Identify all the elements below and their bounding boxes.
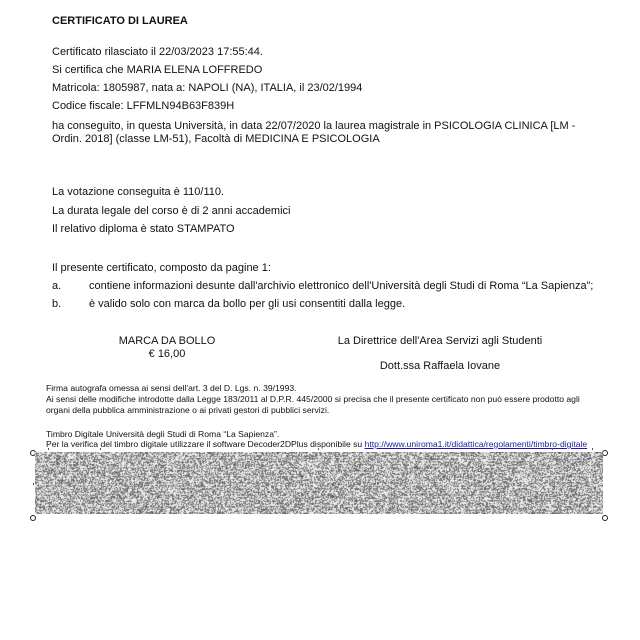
corner-marker-bottom-right <box>602 515 608 521</box>
stamp-label: MARCA DA BOLLO <box>100 335 234 348</box>
law-notice: Ai sensi delle modifiche introdotte dall… <box>46 394 606 415</box>
signature-omitted-note: Firma autografa omessa ai sensi dell'art… <box>46 383 297 394</box>
pages-intro: Il presente certificato, composto da pag… <box>52 262 271 275</box>
grade: La votazione conseguita è 110/110. <box>52 186 224 199</box>
tick-mark <box>592 448 593 450</box>
issued-date: Certificato rilasciato il 22/03/2023 17:… <box>52 46 263 59</box>
student-matricola: Matricola: 1805987, nata a: NAPOLI (NA),… <box>52 82 362 95</box>
document-title: CERTIFICATO DI LAUREA <box>52 15 188 27</box>
verify-link[interactable]: http://www.uniroma1.it/didattica/regolam… <box>365 439 588 449</box>
tick-mark <box>100 448 101 450</box>
signatory-role: La Direttrice dell'Area Servizi agli Stu… <box>320 335 560 348</box>
tick-mark <box>318 448 319 450</box>
stamp-amount: € 16,00 <box>100 348 234 361</box>
list-item-a: contiene informazioni desunte dall'archi… <box>89 280 593 293</box>
corner-marker-bottom-left <box>30 515 36 521</box>
tick-mark <box>33 483 34 485</box>
degree-statement: ha conseguito, in questa Università, in … <box>52 120 602 146</box>
signatory-name: Dott.ssa Raffaela Iovane <box>320 360 560 373</box>
list-item-b: è valido solo con marca da bollo per gli… <box>89 298 405 311</box>
tick-mark <box>552 448 553 450</box>
digital-stamp-barcode <box>35 452 603 514</box>
student-name: Si certifica che MARIA ELENA LOFFREDO <box>52 64 262 77</box>
codice-fiscale: Codice fiscale: LFFMLN94B63F839H <box>52 100 234 113</box>
tick-mark <box>48 448 49 450</box>
digital-stamp-note: Timbro Digitale Università degli Studi d… <box>46 429 279 440</box>
list-marker-b: b. <box>52 298 61 311</box>
list-marker-a: a. <box>52 280 61 293</box>
verify-note: Per la verifica del timbro digitale util… <box>46 439 587 450</box>
course-duration: La durata legale del corso è di 2 anni a… <box>52 205 290 218</box>
verify-prefix: Per la verifica del timbro digitale util… <box>46 439 365 449</box>
diploma-status: Il relativo diploma è stato STAMPATO <box>52 223 235 236</box>
